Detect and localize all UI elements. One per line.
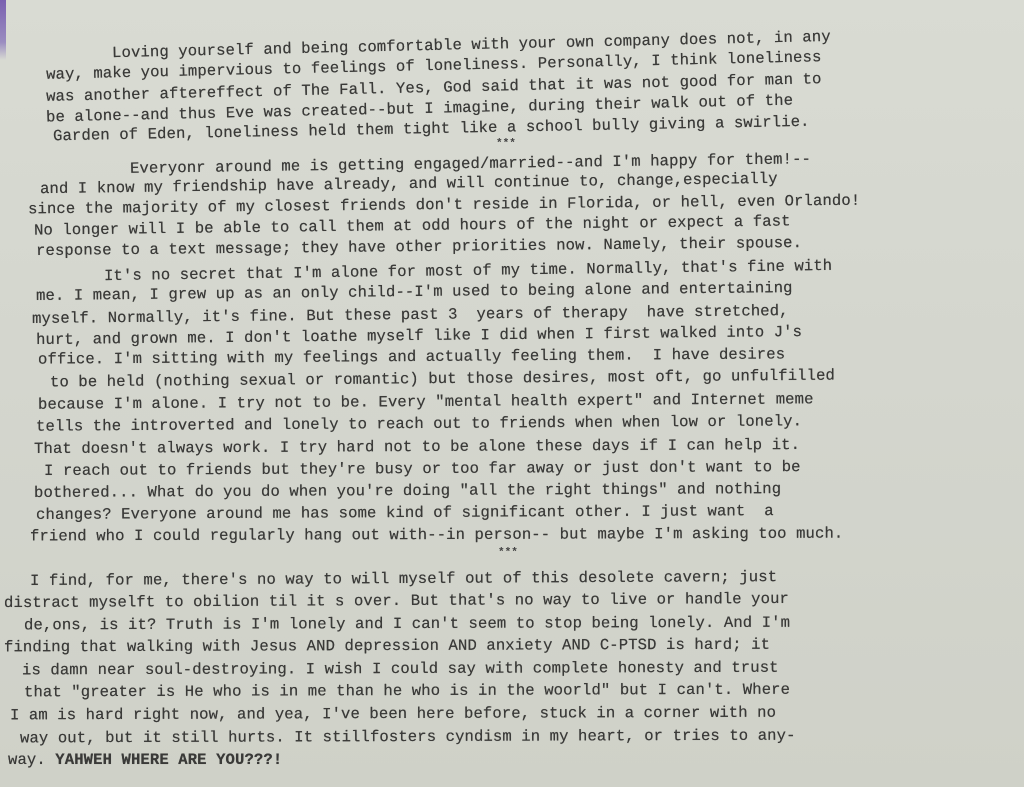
text-line: changes? Everyone around me has some kin…	[36, 502, 774, 524]
final-line-prefix: way.	[8, 751, 55, 769]
text-line: friend who I could regularly hang out wi…	[30, 525, 843, 546]
final-line-exclamation: YAHWEH WHERE ARE YOU???!	[55, 751, 282, 769]
text-line: bothered... What do you do when you're d…	[34, 480, 781, 502]
section-separator: ***	[496, 138, 516, 150]
text-line: to be held (nothing sexual or romantic) …	[50, 367, 835, 392]
text-line: I reach out to friends but they're busy …	[44, 458, 801, 480]
final-line: way. YAHWEH WHERE ARE YOU???!	[8, 751, 282, 769]
typewritten-page: Loving yourself and being comfortable wi…	[0, 0, 1024, 787]
section-separator: ***	[498, 547, 518, 559]
text-line: that "greater is He who is in me than he…	[24, 681, 790, 702]
text-line: is damn near soul-destroying. I wish I c…	[22, 659, 779, 680]
text-line: office. I'm sitting with my feelings and…	[38, 345, 785, 368]
text-line: distract myselft to obilion til it s ove…	[4, 590, 789, 612]
text-line: tells the introverted and lonely to reac…	[36, 412, 802, 435]
text-line: de,ons, is it? Truth is I'm lonely and I…	[24, 614, 790, 635]
text-line: finding that walking with Jesus AND depr…	[4, 636, 770, 657]
text-line: because I'm alone. I try not to be. Ever…	[38, 390, 814, 413]
text-line: That doesn't always work. I try hard not…	[34, 436, 800, 458]
text-line: I find, for me, there's no way to will m…	[30, 568, 777, 590]
text-line: way out, but it still hurts. It stillfos…	[20, 727, 796, 748]
text-line: I am is hard right now, and yea, I've be…	[10, 704, 776, 725]
